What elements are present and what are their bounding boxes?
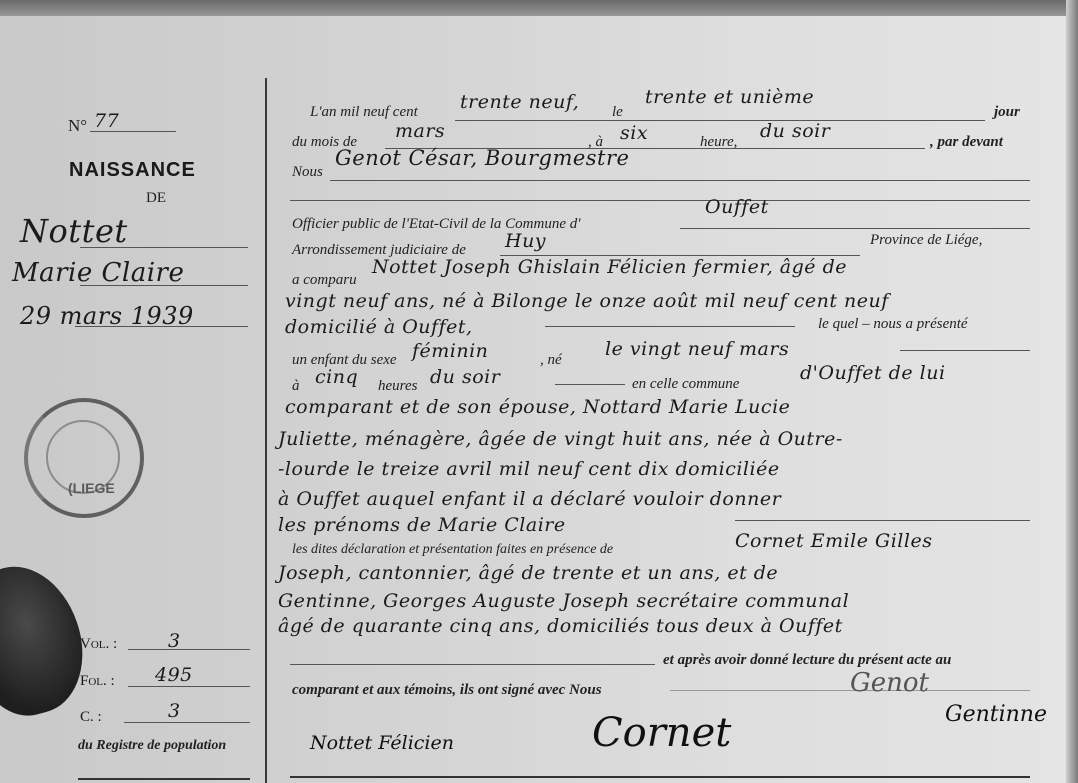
line8-rule — [545, 326, 795, 327]
hand-mother-birth: -lourde le treize avril mil neuf cent di… — [278, 458, 780, 480]
hand-officer: Genot César, Bourgmestre — [335, 146, 629, 170]
number-label: N° — [68, 116, 87, 136]
print-province: Province de Liége, — [870, 232, 982, 249]
column-divider — [265, 78, 267, 783]
print-a2: à — [292, 378, 300, 395]
print-ne: , né — [540, 352, 562, 369]
fol-value: 495 — [155, 664, 193, 686]
heading-naissance: NAISSANCE — [69, 159, 196, 182]
hand-commune-2: d'Ouffet de lui — [800, 362, 946, 384]
c-rule — [124, 722, 250, 723]
print-le: le — [612, 104, 623, 121]
hand-commune: Ouffet — [705, 196, 769, 218]
vol-rule — [128, 649, 250, 650]
hand-declaration: à Ouffet auquel enfant il a déclaré voul… — [278, 488, 781, 510]
hand-witness-2: Gentinne, Georges Auguste Joseph secréta… — [278, 590, 849, 612]
print-lequel: le quel – nous a présenté — [818, 316, 968, 333]
signature-witness-1: Cornet — [592, 710, 731, 756]
heading-de: DE — [146, 190, 166, 207]
hand-year: trente neuf, — [460, 91, 579, 113]
given-names-rule — [80, 285, 248, 286]
line3b-rule — [290, 200, 1030, 201]
hand-mother-2: Juliette, ménagère, âgée de vingt huit a… — [278, 428, 843, 450]
line15-rule — [735, 520, 1030, 521]
line9-rule — [900, 350, 1030, 351]
print-nous: Nous — [292, 164, 323, 181]
hand-hour: six — [620, 122, 648, 144]
page-edge — [1066, 0, 1078, 783]
municipal-stamp: (LIEGE — [24, 398, 144, 518]
signature-father: Nottet Félicien — [310, 732, 454, 754]
hand-month: mars — [395, 120, 445, 142]
number-rule — [90, 131, 176, 132]
hand-witness-1: Cornet Emile Gilles — [735, 530, 932, 552]
print-jour: jour — [994, 104, 1020, 121]
hand-witness-2-detail: âgé de quarante cinq ans, domiciliés tou… — [278, 615, 843, 637]
print-signed: comparant et aux témoins, ils ont signé … — [292, 682, 602, 699]
print-witnesses: les dites déclaration et présentation fa… — [292, 542, 613, 558]
c-value: 3 — [168, 700, 181, 722]
left-bottom-rule — [78, 778, 250, 780]
child-surname: Nottet — [20, 212, 128, 250]
hand-birth-time: du soir — [430, 366, 500, 388]
hand-sex: féminin — [412, 340, 488, 362]
hand-day: trente et unième — [645, 86, 814, 108]
register-label: du Registre de population — [78, 738, 226, 754]
line3-rule — [330, 180, 1030, 181]
hand-arrondissement: Huy — [505, 230, 546, 252]
line20-rule — [290, 664, 655, 665]
number-value: 77 — [94, 110, 119, 132]
hand-time-of-day: du soir — [760, 120, 830, 142]
fol-rule — [128, 686, 250, 687]
c-label: C. : — [80, 709, 102, 726]
line1-rule — [455, 120, 985, 121]
signature-witness-2: Gentinne — [945, 702, 1047, 727]
signature-officer: Genot — [850, 668, 929, 698]
hand-birth-hour: cinq — [315, 366, 358, 388]
hand-witness-1-detail: Joseph, cantonnier, âgé de trente et un … — [278, 562, 778, 584]
stamp-text: (LIEGE — [68, 480, 115, 496]
bottom-rule — [290, 776, 1030, 778]
hand-given-names: les prénoms de Marie Claire — [278, 514, 566, 536]
vol-label: Vol. : — [80, 636, 117, 653]
hand-father: Nottet Joseph Ghislain Félicien fermier,… — [372, 256, 847, 278]
print-heures: heures — [378, 378, 417, 395]
print-par-devant: , par devant — [930, 134, 1003, 151]
print-commune: en celle commune — [632, 376, 739, 393]
date-rule — [75, 326, 248, 327]
surname-rule — [80, 247, 248, 248]
print-a-comparu: a comparu — [292, 272, 357, 289]
fol-label: Fol. : — [80, 673, 115, 690]
line10-rule — [555, 384, 625, 385]
hand-mother: comparant et de son épouse, Nottard Mari… — [285, 396, 790, 418]
child-given-names: Marie Claire — [12, 258, 184, 288]
hand-born-date: le vingt neuf mars — [605, 338, 789, 360]
line4-rule — [680, 228, 1030, 229]
hand-father-birth: vingt neuf ans, né à Bilonge le onze aoû… — [285, 290, 889, 312]
print-year-label: L'an mil neuf cent — [310, 104, 418, 121]
hand-father-domicile: domicilié à Ouffet, — [285, 316, 473, 338]
print-lecture: et après avoir donné lecture du présent … — [663, 652, 951, 669]
